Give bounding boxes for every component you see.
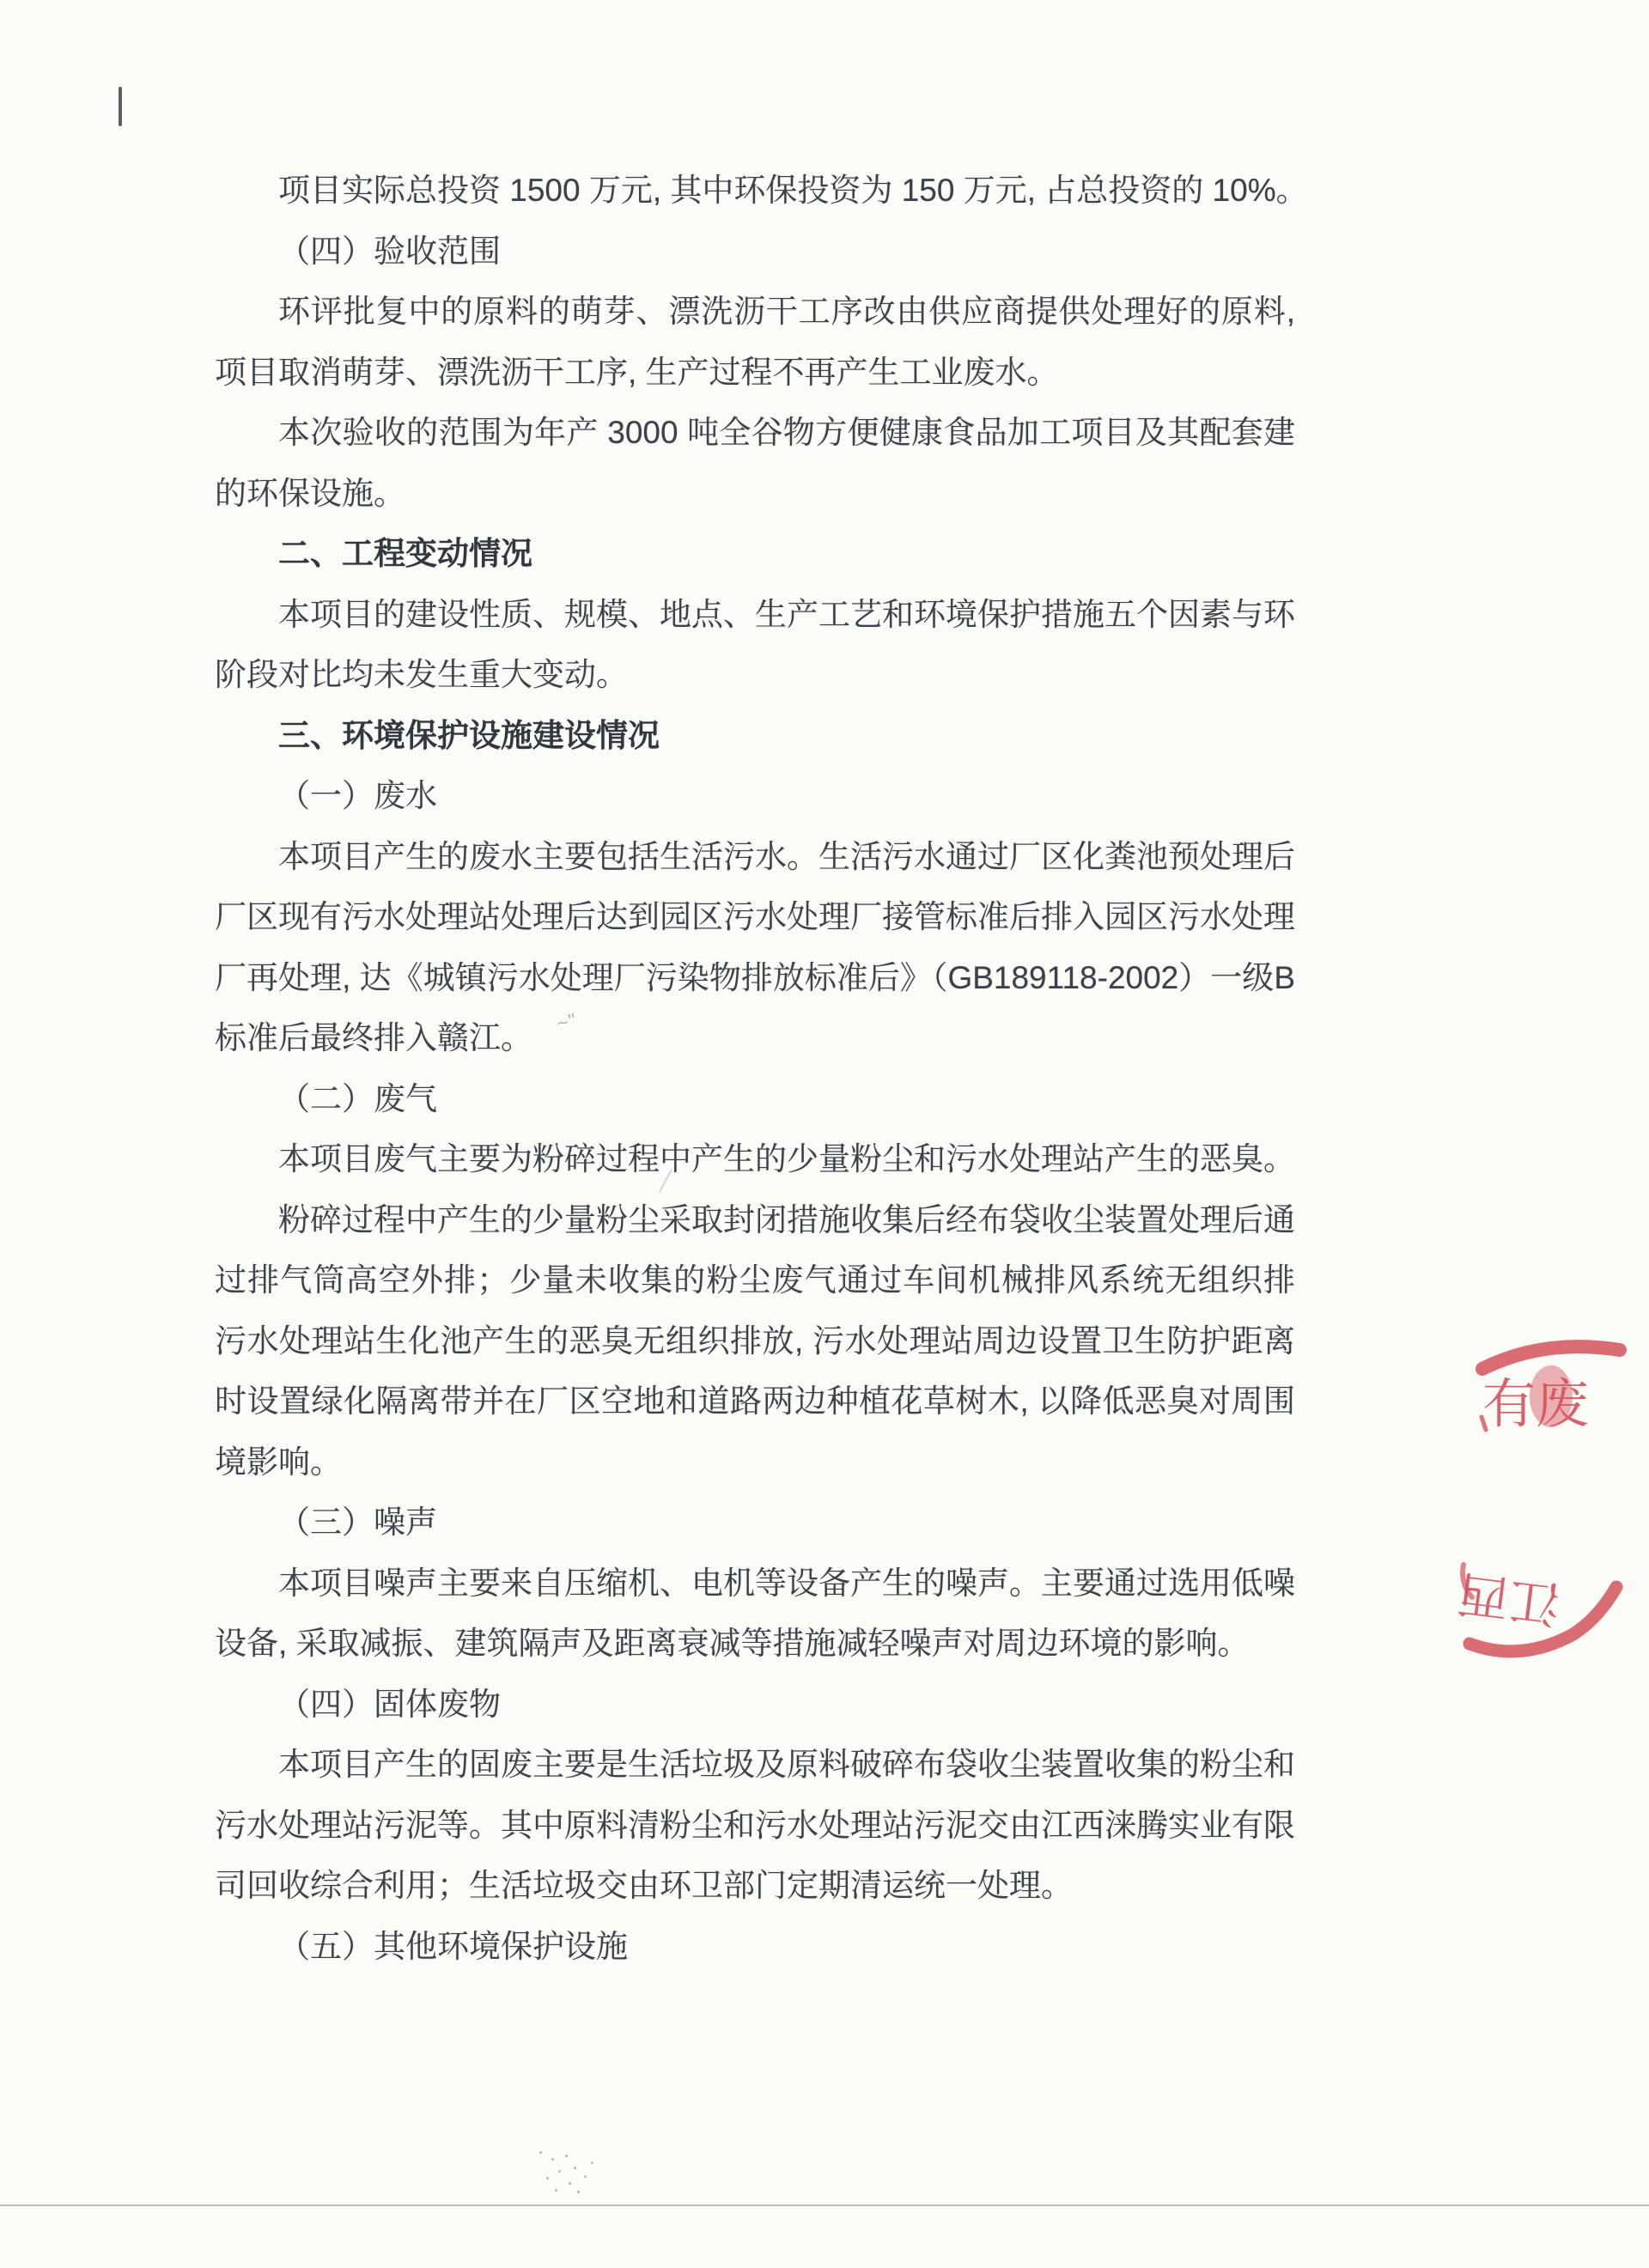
scan-nick-artifact — [119, 87, 122, 126]
scanned-document-page: 项目实际总投资 1500 万元, 其中环保投资为 150 万元, 占总投资的 1… — [0, 0, 1649, 2268]
sub-heading: （二）废气 — [215, 1069, 1295, 1130]
doc-line: 阶段对比均未发生重大变动。 — [215, 645, 1295, 706]
stamp-bottom-characters: 江西 — [1454, 1564, 1563, 1632]
document-text-block: 项目实际总投资 1500 万元, 其中环保投资为 150 万元, 占总投资的 1… — [215, 161, 1295, 1977]
sub-heading: （一）废水 — [215, 766, 1295, 827]
sub-heading: （五）其他环境保护设施 — [215, 1917, 1295, 1978]
doc-line: 司回收综合利用；生活垃圾交由环卫部门定期清运统一处理。 — [215, 1856, 1295, 1917]
sub-heading: （四）验收范围 — [215, 222, 1295, 283]
doc-line: 本项目废气主要为粉碎过程中产生的少量粉尘和污水处理站产生的恶臭。 — [215, 1129, 1295, 1190]
doc-line: 设备, 采取减振、建筑隔声及距离衰减等措施减轻噪声对周边环境的影响。 — [215, 1614, 1295, 1675]
doc-line: 标准后最终排入赣江。 — [215, 1008, 1295, 1069]
sub-heading: （四）固体废物 — [215, 1675, 1295, 1736]
doc-line: 本项目噪声主要来自压缩机、电机等设备产生的噪声。主要通过选用低噪声 — [215, 1554, 1295, 1614]
scanner-line-artifact — [0, 2204, 1649, 2206]
speckle-smudge — [539, 2151, 542, 2154]
sub-heading: （三）噪声 — [215, 1493, 1295, 1554]
doc-line: 粉碎过程中产生的少量粉尘采取封闭措施收集后经布袋收尘装置处理后通 — [215, 1190, 1295, 1251]
doc-line: 厂区现有污水处理站处理后达到园区污水处理厂接管标准后排入园区污水处理 — [215, 887, 1295, 948]
doc-line: 境影响。 — [215, 1432, 1295, 1493]
doc-line: 过排气筒高空外排；少量未收集的粉尘废气通过车间机械排风系统无组织排放； — [215, 1250, 1295, 1311]
doc-line: 本项目产生的废水主要包括生活污水。生活污水通过厂区化粪池预处理后经 — [215, 827, 1295, 888]
doc-line: 本项目产生的固废主要是生活垃圾及原料破碎布袋收尘装置收集的粉尘和 — [215, 1735, 1295, 1796]
doc-line: 厂再处理, 达《城镇污水处理厂污染物排放标准后》（GB189118-2002）一… — [215, 948, 1295, 1009]
doc-line: 本次验收的范围为年产 3000 吨全谷物方便健康食品加工项目及其配套建设 — [215, 403, 1295, 464]
company-seal-stamp: 有废 江西 — [1443, 1314, 1649, 1683]
doc-line: 污水处理站生化池产生的恶臭无组织排放, 污水处理站周边设置卫生防护距离同 — [215, 1311, 1295, 1372]
section-heading: 三、环境保护设施建设情况 — [215, 706, 1295, 767]
doc-line: 污水处理站污泥等。其中原料清粉尘和污水处理站污泥交由江西涞腾实业有限公 — [215, 1796, 1295, 1857]
doc-line: 环评批复中的原料的萌芽、漂洗沥干工序改由供应商提供处理好的原料, 本 — [215, 282, 1295, 343]
doc-line: 项目实际总投资 1500 万元, 其中环保投资为 150 万元, 占总投资的 1… — [215, 161, 1295, 222]
section-heading: 二、工程变动情况 — [215, 524, 1295, 585]
doc-line: 本项目的建设性质、规模、地点、生产工艺和环境保护措施五个因素与环评 — [215, 585, 1295, 646]
doc-line: 时设置绿化隔离带并在厂区空地和道路两边种植花草树木, 以降低恶臭对周围环 — [215, 1371, 1295, 1432]
doc-line: 的环保设施。 — [215, 464, 1295, 525]
doc-line: 项目取消萌芽、漂洗沥干工序, 生产过程不再产生工业废水。 — [215, 343, 1295, 404]
